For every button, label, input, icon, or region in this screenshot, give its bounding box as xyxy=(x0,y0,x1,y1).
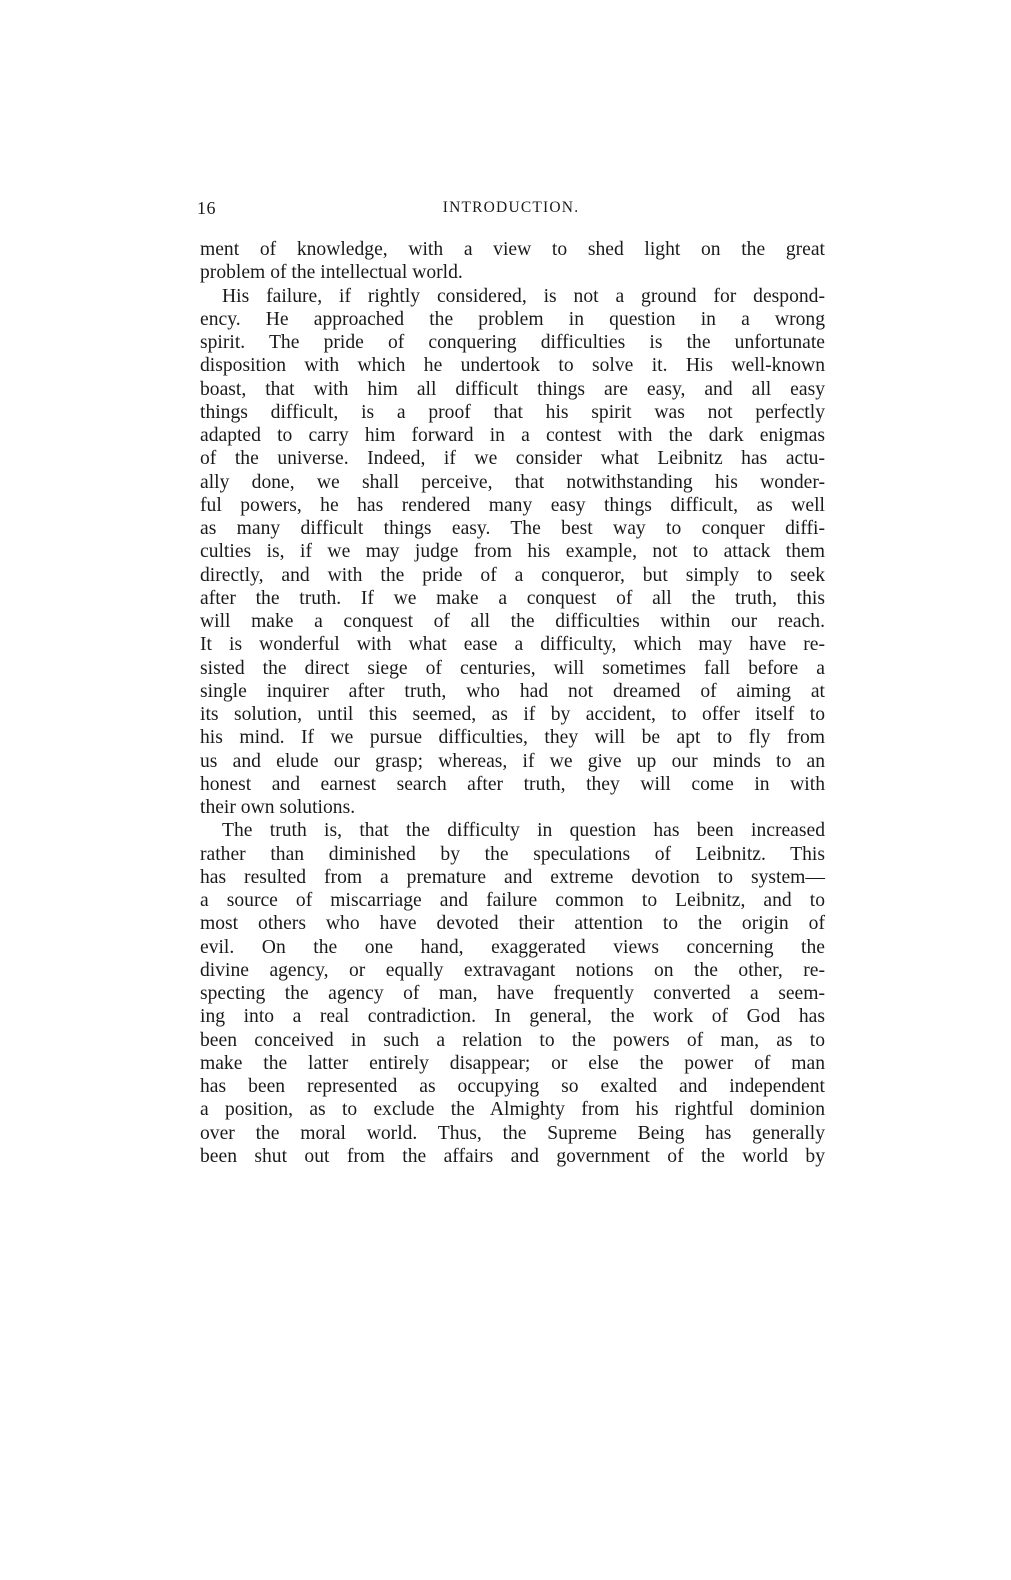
text-line: ency. He approached the problem in quest… xyxy=(200,308,825,331)
text-line: ment of knowledge, with a view to shed l… xyxy=(200,238,825,261)
text-line: boast, that with him all difficult thing… xyxy=(200,378,825,401)
text-line: of the universe. Indeed, if we consider … xyxy=(200,447,825,470)
text-line: His failure, if rightly considered, is n… xyxy=(200,285,825,308)
text-line: disposition with which he undertook to s… xyxy=(200,354,825,377)
text-line: honest and earnest search after truth, t… xyxy=(200,773,825,796)
text-line: make the latter entirely disappear; or e… xyxy=(200,1052,825,1075)
text-line: divine agency, or equally extravagant no… xyxy=(200,959,825,982)
paragraph-2: His failure, if rightly considered, is n… xyxy=(200,285,825,820)
text-line: us and elude our grasp; whereas, if we g… xyxy=(200,750,825,773)
book-page: 16 INTRODUCTION. ment of knowledge, with… xyxy=(0,0,1011,1580)
text-line: single inquirer after truth, who had not… xyxy=(200,680,825,703)
text-line: after the truth. If we make a conquest o… xyxy=(200,587,825,610)
text-line: his mind. If we pursue difficulties, the… xyxy=(200,726,825,749)
text-line: as many difficult things easy. The best … xyxy=(200,517,825,540)
text-line: its solution, until this seemed, as if b… xyxy=(200,703,825,726)
text-line: spirit. The pride of conquering difficul… xyxy=(200,331,825,354)
text-line: adapted to carry him forward in a contes… xyxy=(200,424,825,447)
body-text: ment of knowledge, with a view to shed l… xyxy=(200,238,825,1168)
text-line: has been represented as occupying so exa… xyxy=(200,1075,825,1098)
text-line: will make a conquest of all the difficul… xyxy=(200,610,825,633)
text-line: It is wonderful with what ease a difficu… xyxy=(200,633,825,656)
running-head-title: INTRODUCTION. xyxy=(197,199,825,217)
paragraph-3: The truth is, that the difficulty in que… xyxy=(200,819,825,1168)
text-line: been conceived in such a relation to the… xyxy=(200,1029,825,1052)
text-line: things difficult, is a proof that his sp… xyxy=(200,401,825,424)
text-line: evil. On the one hand, exaggerated views… xyxy=(200,936,825,959)
paragraph-1: ment of knowledge, with a view to shed l… xyxy=(200,238,825,285)
text-line: has resulted from a premature and extrem… xyxy=(200,866,825,889)
text-line: The truth is, that the difficulty in que… xyxy=(200,819,825,842)
text-line: most others who have devoted their atten… xyxy=(200,912,825,935)
text-line: over the moral world. Thus, the Supreme … xyxy=(200,1122,825,1145)
text-line: directly, and with the pride of a conque… xyxy=(200,564,825,587)
text-line: a source of miscarriage and failure comm… xyxy=(200,889,825,912)
text-line: problem of the intellectual world. xyxy=(200,261,825,284)
text-line: rather than diminished by the speculatio… xyxy=(200,843,825,866)
text-line: ful powers, he has rendered many easy th… xyxy=(200,494,825,517)
text-line: sisted the direct siege of centuries, wi… xyxy=(200,657,825,680)
text-line: ing into a real contradiction. In genera… xyxy=(200,1005,825,1028)
text-line: a position, as to exclude the Almighty f… xyxy=(200,1098,825,1121)
text-line: specting the agency of man, have frequen… xyxy=(200,982,825,1005)
text-line: culties is, if we may judge from his exa… xyxy=(200,540,825,563)
text-line: their own solutions. xyxy=(200,796,825,819)
running-head: 16 INTRODUCTION. xyxy=(197,198,825,222)
text-line: ally done, we shall perceive, that notwi… xyxy=(200,471,825,494)
text-line: been shut out from the affairs and gover… xyxy=(200,1145,825,1168)
